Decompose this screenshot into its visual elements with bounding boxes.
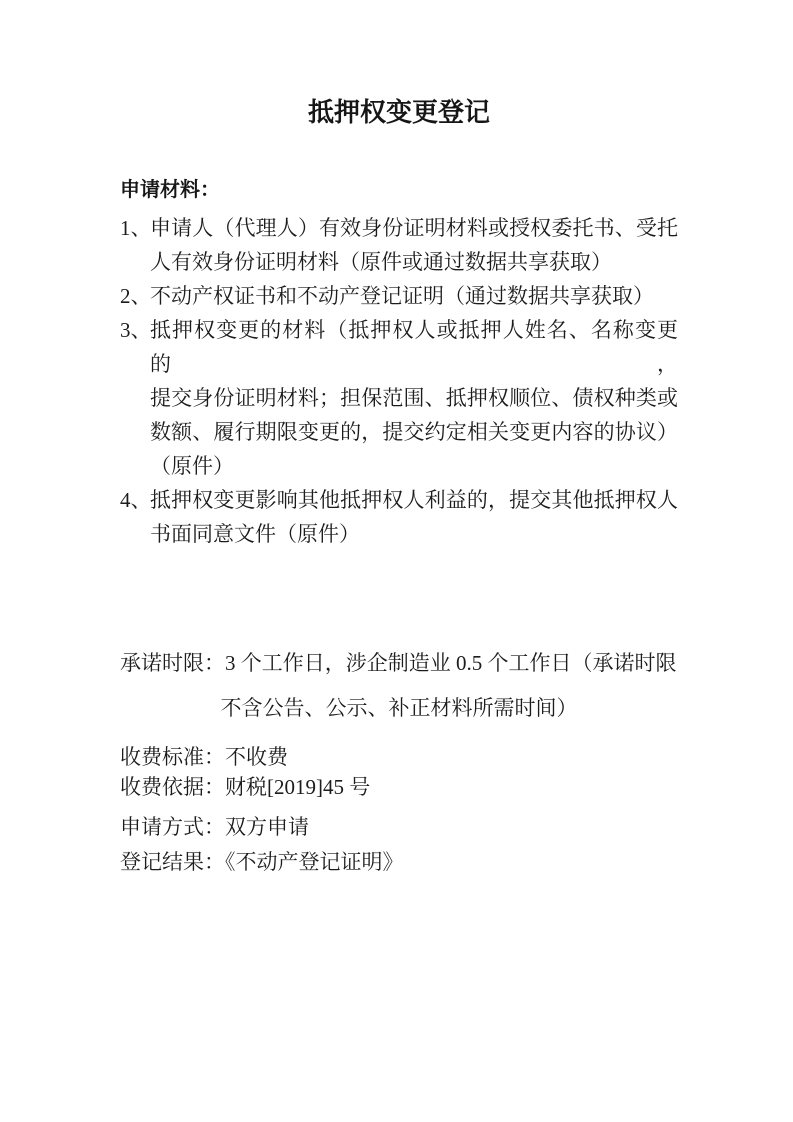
item-line: 提交身份证明材料；担保范围、抵押权顺位、债权种类或 [150, 381, 678, 415]
fee-basis-line: 收费依据：财税[2019]45 号 [120, 772, 678, 802]
materials-list: 1、申请人（代理人）有效身份证明材料或授权委托书、受托人有效身份证明材料（原件或… [120, 211, 678, 551]
document-page: 抵押权变更登记 申请材料： 1、申请人（代理人）有效身份证明材料或授权委托书、受… [0, 0, 793, 1122]
promise-time-line2: 不含公告、公示、补正材料所需时间） [120, 686, 678, 731]
page-title: 抵押权变更登记 [120, 97, 678, 127]
item-line: 人有效身份证明材料（原件或通过数据共享获取） [150, 245, 678, 279]
fee-standard-value: 不收费 [225, 745, 288, 769]
registration-result-value: 《不动产登记证明》 [225, 850, 404, 874]
fee-standard-line: 收费标准：不收费 [120, 742, 678, 772]
promise-time-block: 承诺时限：3 个工作日，涉企制造业 0.5 个工作日（承诺时限 不含公告、公示、… [120, 641, 678, 731]
list-item: 3、抵押权变更的材料（抵押权人或抵押人姓名、名称变更的，提交身份证明材料；担保范… [120, 313, 678, 483]
fee-standard-label: 收费标准： [120, 745, 225, 769]
list-item: 2、不动产权证书和不动产登记证明（通过数据共享获取） [120, 279, 678, 313]
application-method-label: 申请方式： [120, 815, 225, 839]
item-number: 3、 [120, 313, 150, 347]
item-number: 1、 [120, 211, 150, 245]
list-item: 4、抵押权变更影响其他抵押权人利益的，提交其他抵押权人书面同意文件（原件） [120, 483, 678, 551]
application-method-line: 申请方式：双方申请 [120, 812, 678, 842]
promise-time-value: 3 个工作日，涉企制造业 0.5 个工作日（承诺时限 [225, 651, 677, 675]
promise-time-line1: 承诺时限：3 个工作日，涉企制造业 0.5 个工作日（承诺时限 [120, 641, 678, 686]
promise-time-label: 承诺时限： [120, 651, 225, 675]
registration-result-label: 登记结果： [120, 850, 225, 874]
item-line: 抵押权变更影响其他抵押权人利益的，提交其他抵押权人 [150, 483, 678, 517]
registration-result-line: 登记结果：《不动产登记证明》 [120, 847, 678, 877]
fee-basis-label: 收费依据： [120, 775, 225, 799]
item-line: 数额、履行期限变更的，提交约定相关变更内容的协议） [150, 415, 678, 449]
item-line: （原件） [150, 449, 678, 483]
item-number: 2、 [120, 279, 150, 313]
item-line: 申请人（代理人）有效身份证明材料或授权委托书、受托 [150, 211, 678, 245]
application-method-value: 双方申请 [225, 815, 309, 839]
item-line: 不动产权证书和不动产登记证明（通过数据共享获取） [150, 279, 678, 313]
item-number: 4、 [120, 483, 150, 517]
materials-heading: 申请材料： [120, 177, 678, 203]
list-item: 1、申请人（代理人）有效身份证明材料或授权委托书、受托人有效身份证明材料（原件或… [120, 211, 678, 279]
item-line: 抵押权变更的材料（抵押权人或抵押人姓名、名称变更的， [150, 313, 678, 381]
info-block: 收费标准：不收费收费依据：财税[2019]45 号申请方式：双方申请登记结果：《… [120, 742, 678, 877]
fee-basis-value: 财税[2019]45 号 [225, 775, 370, 799]
item-line: 书面同意文件（原件） [150, 517, 678, 551]
